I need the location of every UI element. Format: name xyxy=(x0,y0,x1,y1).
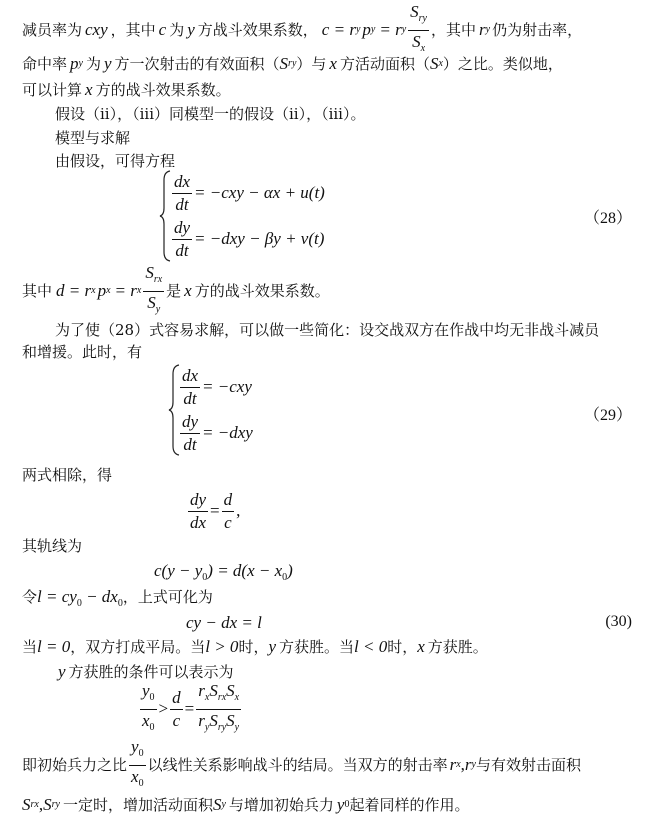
text: 可以计算 xyxy=(22,80,82,100)
math: S xyxy=(147,293,156,312)
text: 即初始兵力之比 xyxy=(22,755,127,775)
subscript: 0 xyxy=(139,778,144,789)
subscript: x xyxy=(137,281,141,301)
math: r xyxy=(198,681,205,700)
math-c: c xyxy=(159,20,167,40)
cases-line: 当l = 0，双方打成平局。当l > 0时，y方获胜。当l < 0时，x方获胜。 xyxy=(22,637,488,657)
math: d = r xyxy=(56,281,91,301)
text: 方获胜的条件可以表示为 xyxy=(69,663,234,681)
ratio-equation: dydx = dc , xyxy=(186,488,240,534)
subscript: x xyxy=(106,281,110,301)
math-p: p xyxy=(70,54,79,74)
math: y xyxy=(142,681,150,700)
math: y xyxy=(131,737,139,756)
rhs: = −dxy xyxy=(202,423,253,443)
text: 命中率 xyxy=(22,54,67,74)
math: l < 0 xyxy=(354,637,387,656)
denominator: dt xyxy=(172,194,192,216)
equation-row: dydt = −dxy xyxy=(178,410,253,456)
rhs: = −cxy − αx + u(t) xyxy=(194,183,325,203)
text: ）与 xyxy=(296,54,326,74)
text: 与增加初始兵力 xyxy=(229,795,334,815)
math: S xyxy=(22,795,31,815)
math: S xyxy=(209,711,218,730)
text: 仍为射击率， xyxy=(492,20,582,40)
subscript: x xyxy=(235,692,239,703)
text: 方的战斗效果系数。 xyxy=(96,80,231,100)
text: 令 xyxy=(22,588,37,606)
text: 以线性关系影响战斗的结局。当双方的射击率 xyxy=(148,755,448,775)
math: r xyxy=(465,755,472,775)
text: 减员率为 xyxy=(22,20,82,40)
paragraph-line-3: 可以计算 x 方的战斗效果系数。 xyxy=(22,80,231,100)
subscript: ry xyxy=(288,54,296,74)
greater-than: > xyxy=(159,699,169,719)
math: x xyxy=(131,767,139,786)
paragraph-line-2: 命中率 py 为 y 方一次射击的有效面积（ Sry ）与 x 方活动面积（ S… xyxy=(22,54,563,74)
math: x xyxy=(142,711,150,730)
equation-number-28: （28） xyxy=(584,205,632,228)
math: S xyxy=(226,681,235,700)
text: 方获胜。当 xyxy=(279,638,354,656)
math: S xyxy=(145,263,154,282)
subscript: y xyxy=(79,54,83,74)
numerator: dy xyxy=(180,411,200,434)
text: 时， xyxy=(238,638,268,656)
math: S xyxy=(412,32,421,51)
equation-row: dydt = −dxy − βy + v(t) xyxy=(170,216,325,262)
text: 一定时，增加活动面积 xyxy=(63,795,213,815)
equation-number-29: （29） xyxy=(584,402,632,425)
text: 为 xyxy=(169,20,184,40)
text: ，其中 xyxy=(431,20,476,40)
text: 方战斗效果系数， xyxy=(198,20,318,40)
equation-28: dxdt = −cxy − αx + u(t) dydt = −dxy − βy… xyxy=(170,170,325,262)
math-cxy: cxy xyxy=(85,20,108,40)
trajectory-line: 其轨线为 xyxy=(22,536,82,556)
denominator: c xyxy=(170,710,183,732)
subscript: y xyxy=(371,20,375,40)
math: S xyxy=(226,711,235,730)
math-y: y xyxy=(104,54,112,74)
subscript: ry xyxy=(218,722,226,733)
rhs: = −cxy xyxy=(202,377,252,397)
math: l = cy xyxy=(37,587,77,606)
subscript: x xyxy=(91,281,95,301)
assumption-line: 假设（ii），（iii）同模型一的假设（ii），（iii）。 xyxy=(55,104,365,124)
subscript: y xyxy=(221,795,225,815)
fraction: Sry Sx xyxy=(408,1,429,60)
denominator: c xyxy=(222,512,235,534)
text: 为 xyxy=(86,54,101,74)
text: 当 xyxy=(22,638,37,656)
math: p xyxy=(362,20,371,40)
text: 起着同样的作用。 xyxy=(349,795,469,815)
math-S: S xyxy=(280,54,289,74)
subscript: rx xyxy=(31,795,39,815)
fraction: Srx Sy xyxy=(143,262,164,321)
numerator: d xyxy=(222,489,235,512)
math: S xyxy=(410,2,419,21)
equation-29: dxdt = −cxy dydt = −dxy xyxy=(178,364,253,456)
conclusion-line-2: Srx,Sry 一定时，增加活动面积 Sy 与增加初始兵力 y0 起着同样的作用… xyxy=(22,795,469,815)
subscript: rx xyxy=(218,692,226,703)
equals: = xyxy=(210,501,220,521)
numerator: dx xyxy=(180,365,200,388)
numerator: dy xyxy=(172,217,192,240)
text: ，双方打成平局。当 xyxy=(70,638,205,656)
math: r xyxy=(198,711,205,730)
equation-row: dxdt = −cxy xyxy=(178,364,253,410)
text: 其中 xyxy=(22,281,52,301)
subscript: ry xyxy=(419,13,427,24)
text: ，其中 xyxy=(111,20,156,40)
math-x: x xyxy=(329,54,337,74)
text: 是 xyxy=(166,281,181,301)
trajectory-equation: c(y − y0) = d(x − x0) xyxy=(154,561,293,588)
intro-eq28: 由假设，可得方程 xyxy=(55,151,175,171)
equation-30: cy − dx = l xyxy=(186,613,262,633)
paragraph-line-1: 减员率为 cxy ，其中 c 为 y 方战斗效果系数， c = ry py = … xyxy=(22,6,582,54)
equation-row: dxdt = −cxy − αx + u(t) xyxy=(170,170,325,216)
math: ) = d(x − x xyxy=(207,561,282,580)
subscript: 0 xyxy=(139,748,144,759)
comma: , xyxy=(236,501,240,521)
subscript: y xyxy=(356,20,360,40)
text: ，上式可化为 xyxy=(123,588,213,606)
subscript: x xyxy=(421,43,425,54)
denominator: dt xyxy=(172,240,192,262)
math-x: x xyxy=(184,281,192,301)
numerator: dx xyxy=(172,171,192,194)
numerator: dy xyxy=(188,489,208,512)
section-heading: 模型与求解 xyxy=(55,128,130,148)
math-x: x xyxy=(85,80,93,100)
subscript: y xyxy=(235,722,239,733)
text: 方获胜。 xyxy=(428,638,488,656)
denominator: dt xyxy=(180,388,200,410)
math: − dx xyxy=(82,587,118,606)
equals: = xyxy=(185,699,195,719)
win-inequality: y0x0 > dc = rxSrxSx rySrySy xyxy=(138,684,243,734)
equation-number-30: (30) xyxy=(605,613,632,631)
math: c = r xyxy=(322,20,356,40)
subscript: rx xyxy=(154,274,162,285)
math: = r xyxy=(115,281,137,301)
math: p xyxy=(98,281,107,301)
denominator: dt xyxy=(180,434,200,456)
math: l > 0 xyxy=(205,637,238,656)
math: l = 0 xyxy=(37,637,70,656)
text: 与有效射击面积 xyxy=(476,755,581,775)
denominator: dx xyxy=(188,512,208,534)
math-y: y xyxy=(187,20,195,40)
text: 时， xyxy=(387,638,417,656)
text: ）之比。类似地， xyxy=(443,54,563,74)
subscript: y xyxy=(402,20,406,40)
math: y xyxy=(337,795,345,815)
subscript: ry xyxy=(52,795,60,815)
subscript: y xyxy=(156,304,160,315)
math: S xyxy=(43,795,52,815)
numerator: d xyxy=(170,687,183,710)
conclusion-line-1: 即初始兵力之比 y0x0 以线性关系影响战斗的结局。当双方的射击率 rx,ry … xyxy=(22,740,581,790)
let-line: 令l = cy0 − dx0，上式可化为 xyxy=(22,587,213,614)
math: ) xyxy=(287,561,293,580)
d-definition-line: 其中 d = rx px = rx Srx Sy 是 x 方的战斗效果系数。 xyxy=(22,266,330,316)
rhs: = −dxy − βy + v(t) xyxy=(194,229,324,249)
subscript: 0 xyxy=(150,722,155,733)
math: c(y − y xyxy=(154,561,202,580)
formula-c: c = ry py = ry Sry Sx xyxy=(322,1,431,60)
text: 方活动面积（ xyxy=(340,54,430,74)
text: 方一次射击的有效面积（ xyxy=(115,54,280,74)
subscript: y xyxy=(486,20,490,40)
math-y: y xyxy=(58,662,66,681)
simplify-line-1: 为了使（28）式容易求解，可以做一些简化：设交战双方在作战中均无非战斗减员 xyxy=(55,320,599,340)
text: 方的战斗效果系数。 xyxy=(195,281,330,301)
simplify-line-2: 和增援。此时，有 xyxy=(22,342,142,362)
math-r: r xyxy=(479,20,486,40)
math: = r xyxy=(379,20,401,40)
divide-line: 两式相除，得 xyxy=(22,465,112,485)
math-y: y xyxy=(268,637,276,656)
subscript: 0 xyxy=(150,692,155,703)
math: S xyxy=(209,681,218,700)
math-x: x xyxy=(417,637,425,656)
